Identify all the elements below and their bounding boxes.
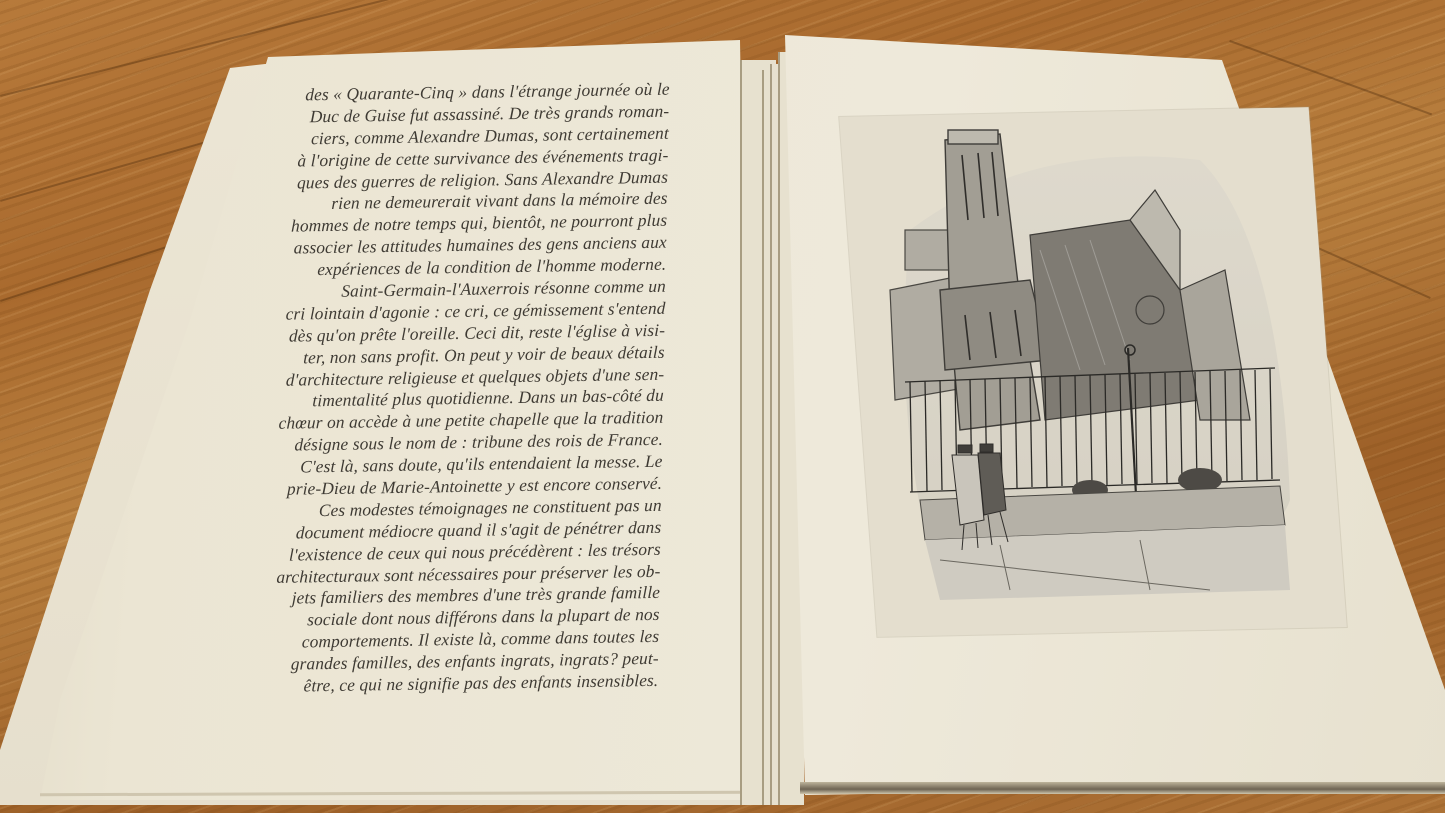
church-engraving — [880, 120, 1320, 620]
right-page-stack-edge — [800, 782, 1445, 794]
floor-seam — [1229, 40, 1432, 115]
page-text-block: des « Quarante-Cinq » dans l'étrange jou… — [188, 79, 670, 700]
